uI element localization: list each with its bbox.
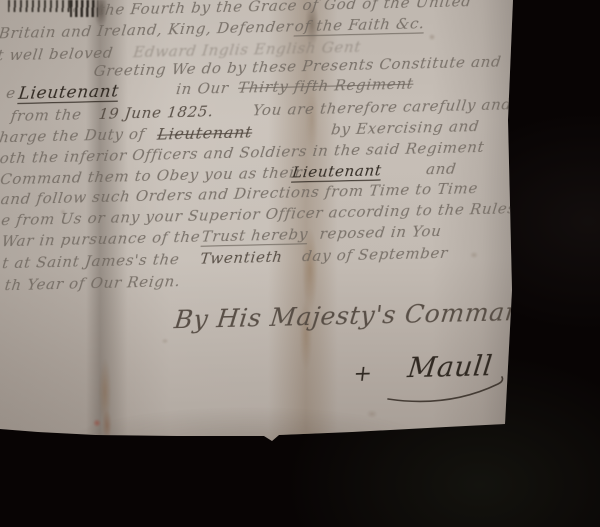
manuscript-line-6-seg-0: harge the Duty of [0,125,146,146]
manuscript-line-13-seg-0: th Year of Our Reign. [4,272,182,294]
manuscript-line-4-seg-3: Thirty fifth Regiment [237,75,414,97]
manuscript-line-5-seg-0: from the [10,105,83,125]
manuscript-line-5-seg-1: 19 June 1825. [98,102,215,123]
manuscript-line-4-seg-2: in Our [175,79,230,98]
manuscript-line-1-seg-0: Britain and Ireland, King, Defender [0,17,294,42]
manuscript-line-12-seg-0: t at Saint James's the [1,250,180,272]
manuscript-line-6-seg-1: Lieutenant [156,122,253,143]
photograph: the Fourth by the Grace of God of the Un… [0,0,600,527]
parchment-document: the Fourth by the Grace of God of the Un… [0,0,517,446]
manuscript-line-8-seg-2: and [425,160,457,179]
manuscript-line-12-seg-2: day of September [301,244,449,265]
manuscript-line-4-seg-0: e [5,84,17,102]
manuscript-line-6-seg-2: by Exercising and [330,117,480,139]
manuscript-line-15-seg-1: Maull [406,349,495,384]
manuscript-line-14-seg-0: By His Majesty's Command [173,297,540,335]
manuscript-line-11-seg-2: reposed in You [319,222,443,243]
manuscript-line-8-seg-1: Lieutenant [291,161,383,181]
manuscript-line-12-seg-1: Twentieth [199,248,284,268]
manuscript-line-11-seg-1: Trust hereby [201,225,309,246]
manuscript-line-15-seg-0: + [352,362,374,388]
manuscript-line-11-seg-0: War in pursuance of the [1,228,202,251]
manuscript-text: the Fourth by the Grace of God of the Un… [0,0,522,446]
manuscript-line-5-seg-2: You are therefore carefully and [252,95,513,119]
manuscript-line-1-seg-1: of the Faith &c. [294,14,426,35]
manuscript-line-4-seg-1: Lieutenant [17,82,120,104]
